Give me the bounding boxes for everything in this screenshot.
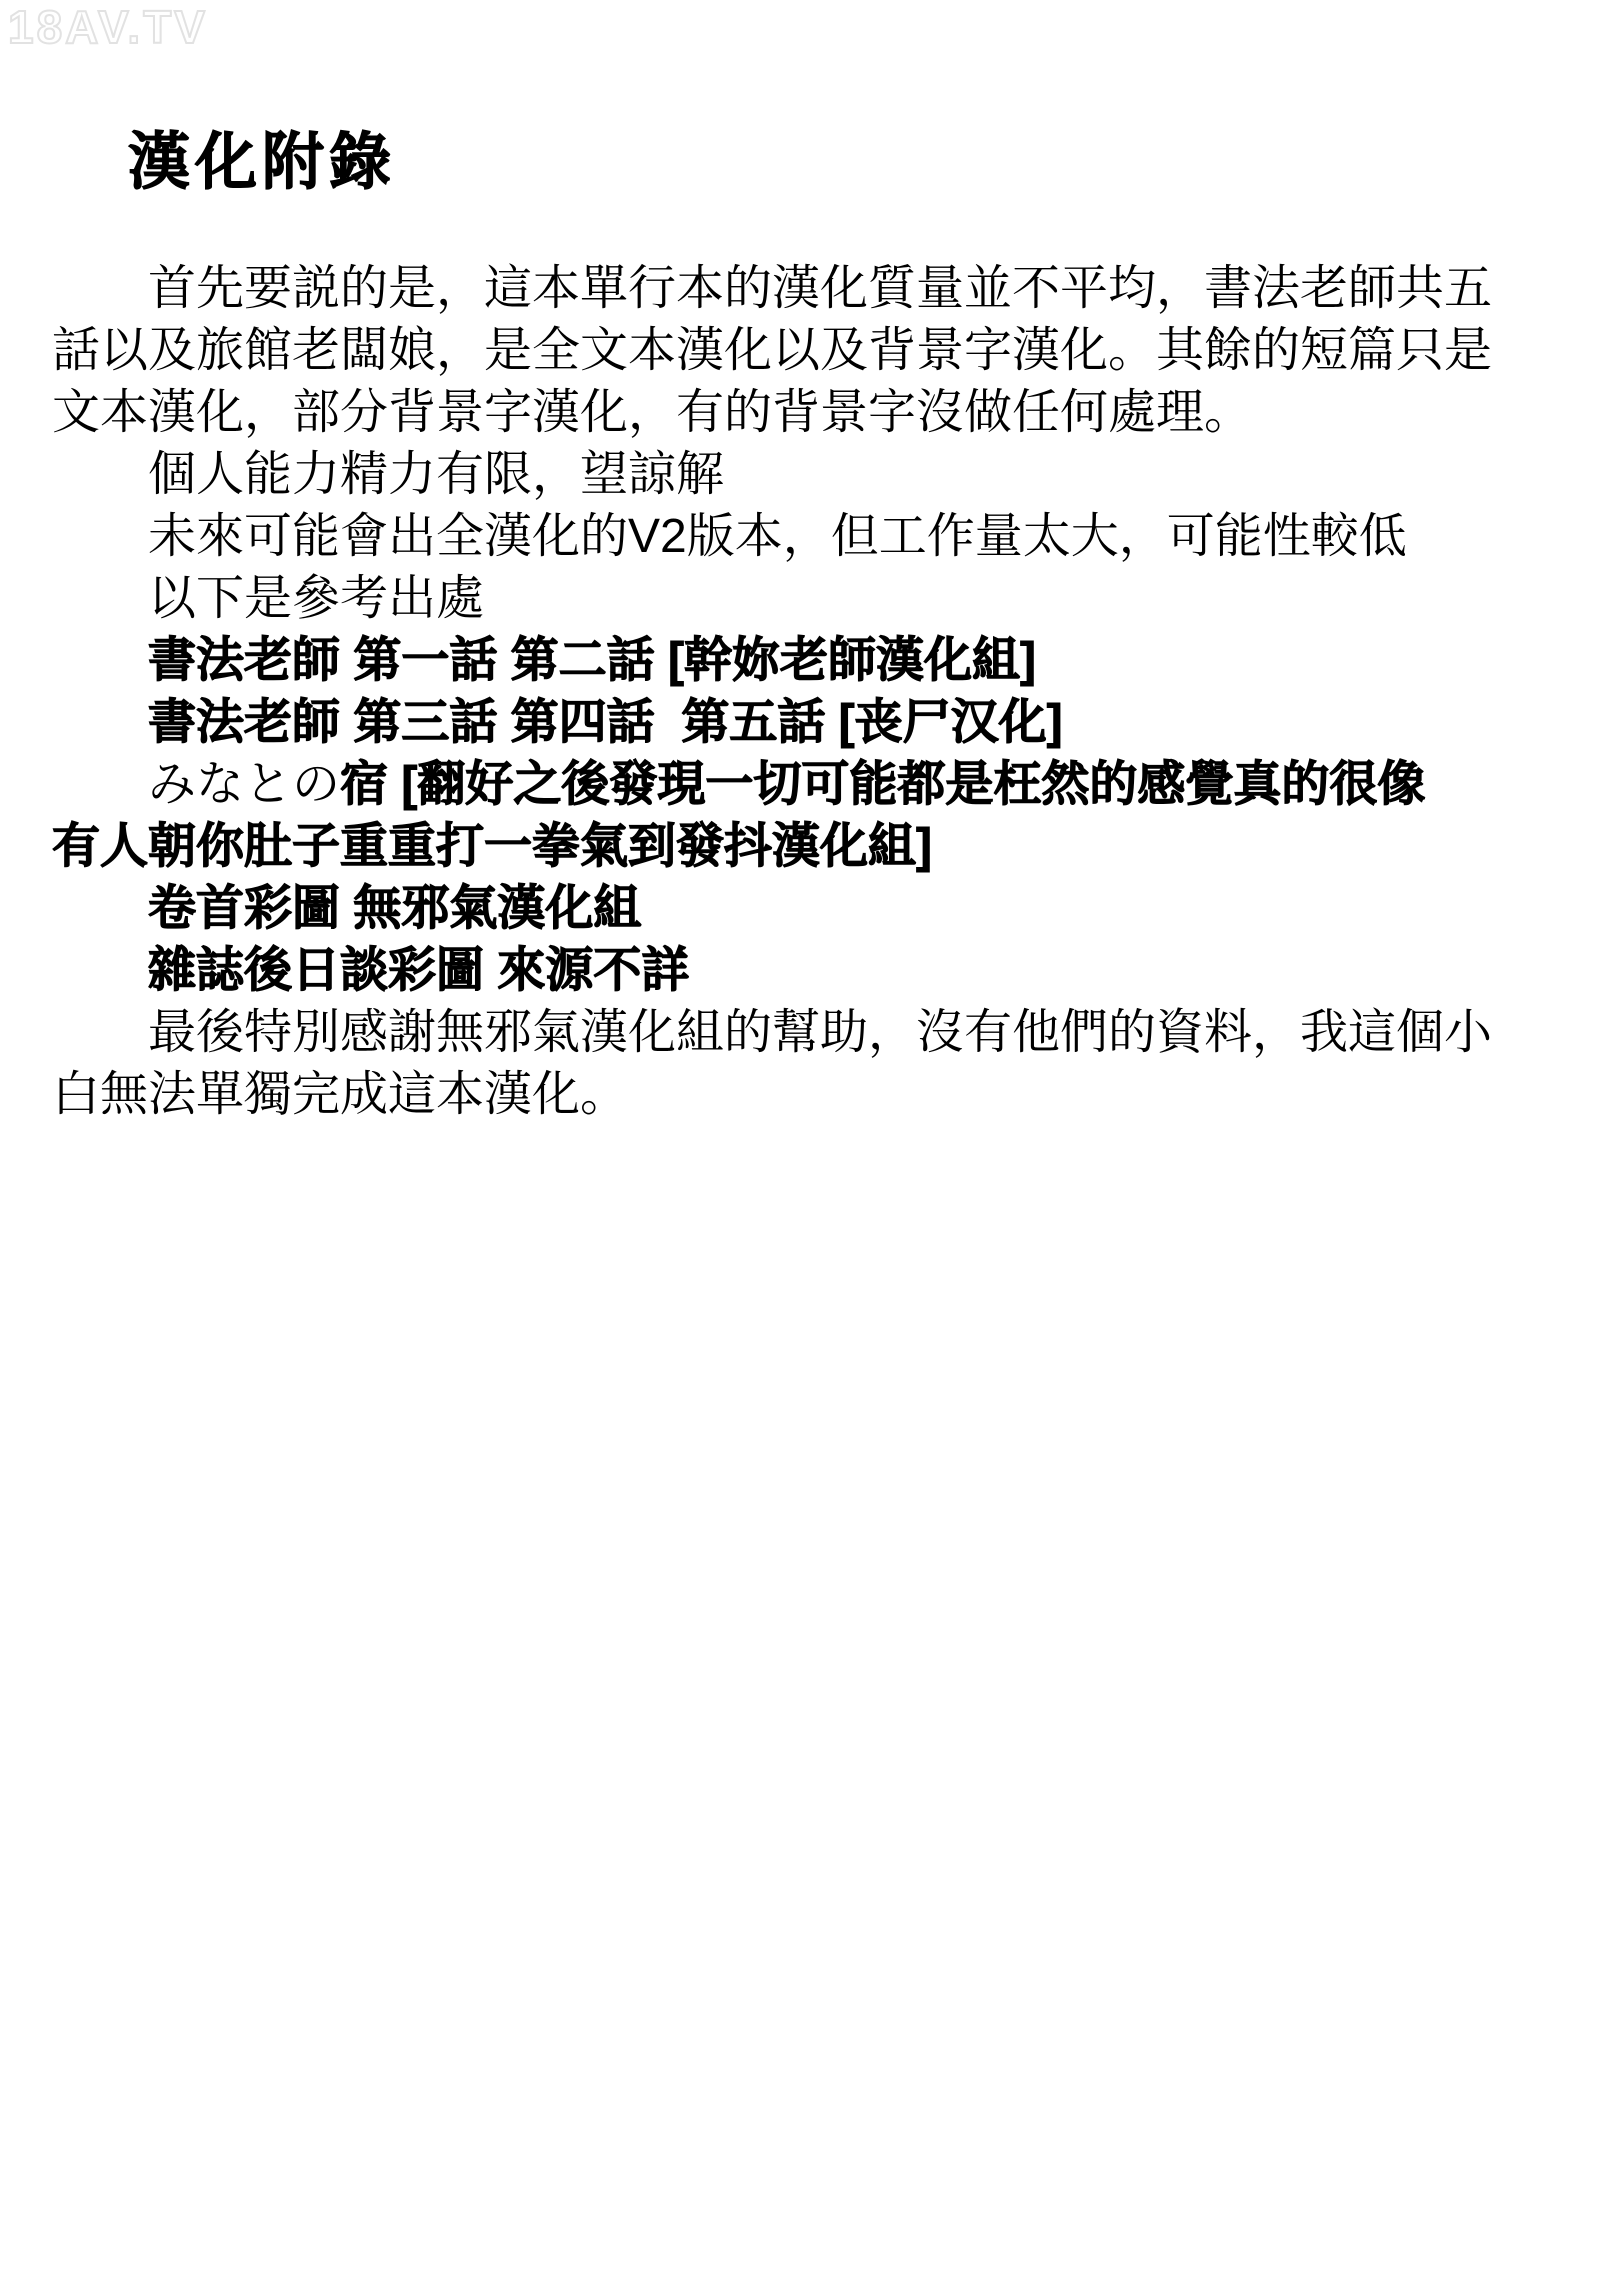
text-segment: 書法老師 第一話 第二話 [幹妳老師漢化組]	[148, 634, 1036, 687]
text-line: 白無法單獨完成這本漢化。	[52, 1064, 1572, 1126]
text-line: 有人朝你肚子重重打一拳氣到發抖漢化組]	[52, 816, 1572, 878]
text-line: 卷首彩圖 無邪氣漢化組	[52, 878, 1572, 940]
text-line: 以下是參考出處	[52, 568, 1572, 630]
text-line: 個人能力精力有限，望諒解	[52, 444, 1572, 506]
document-page: { "page": { "background_color": "#ffffff…	[0, 0, 1600, 2270]
text-line: 雜誌後日談彩圖 來源不詳	[52, 940, 1572, 1002]
text-segment: 話以及旅館老闆娘，是全文本漢化以及背景字漢化。其餘的短篇只是	[52, 324, 1492, 377]
text-line: 話以及旅館老闆娘，是全文本漢化以及背景字漢化。其餘的短篇只是	[52, 320, 1572, 382]
text-segment: 雜誌後日談彩圖 來源不詳	[148, 944, 689, 997]
text-segment: みなとの	[148, 758, 340, 811]
text-line: 首先要説的是，這本單行本的漢化質量並不平均，書法老師共五	[52, 258, 1572, 320]
text-segment: 以下是參考出處	[148, 572, 484, 625]
text-line: みなとの宿 [翻好之後發現一切可能都是枉然的感覺真的很像	[52, 754, 1572, 816]
text-segment: 首先要説的是，這本單行本的漢化質量並不平均，書法老師共五	[148, 262, 1492, 315]
site-watermark: 18AV.TV	[8, 0, 208, 54]
text-line: 未來可能會出全漢化的V2版本，但工作量太大，可能性較低	[52, 506, 1572, 568]
text-segment: 宿 [翻好之後發現一切可能都是枉然的感覺真的很像	[340, 758, 1425, 811]
text-segment: 白無法單獨完成這本漢化。	[52, 1068, 628, 1121]
body-text: 首先要説的是，這本單行本的漢化質量並不平均，書法老師共五話以及旅館老闆娘，是全文…	[52, 258, 1572, 1126]
text-line: 書法老師 第三話 第四話 第五話 [丧尸汉化]	[52, 692, 1572, 754]
text-segment: 未來可能會出全漢化的V2版本，但工作量太大，可能性較低	[148, 510, 1407, 563]
text-line: 文本漢化，部分背景字漢化，有的背景字沒做任何處理。	[52, 382, 1572, 444]
text-line: 最後特別感謝無邪氣漢化組的幫助，沒有他們的資料，我這個小	[52, 1002, 1572, 1064]
text-segment: 最後特別感謝無邪氣漢化組的幫助，沒有他們的資料，我這個小	[148, 1006, 1492, 1059]
text-segment: 個人能力精力有限，望諒解	[148, 448, 724, 501]
text-segment: 書法老師 第三話 第四話 第五話 [丧尸汉化]	[148, 696, 1063, 749]
text-segment: 卷首彩圖 無邪氣漢化組	[148, 882, 641, 935]
text-line: 書法老師 第一話 第二話 [幹妳老師漢化組]	[52, 630, 1572, 692]
text-segment: 文本漢化，部分背景字漢化，有的背景字沒做任何處理。	[52, 386, 1252, 439]
text-segment: 有人朝你肚子重重打一拳氣到發抖漢化組]	[52, 820, 932, 873]
page-title: 漢化附錄	[128, 112, 396, 201]
